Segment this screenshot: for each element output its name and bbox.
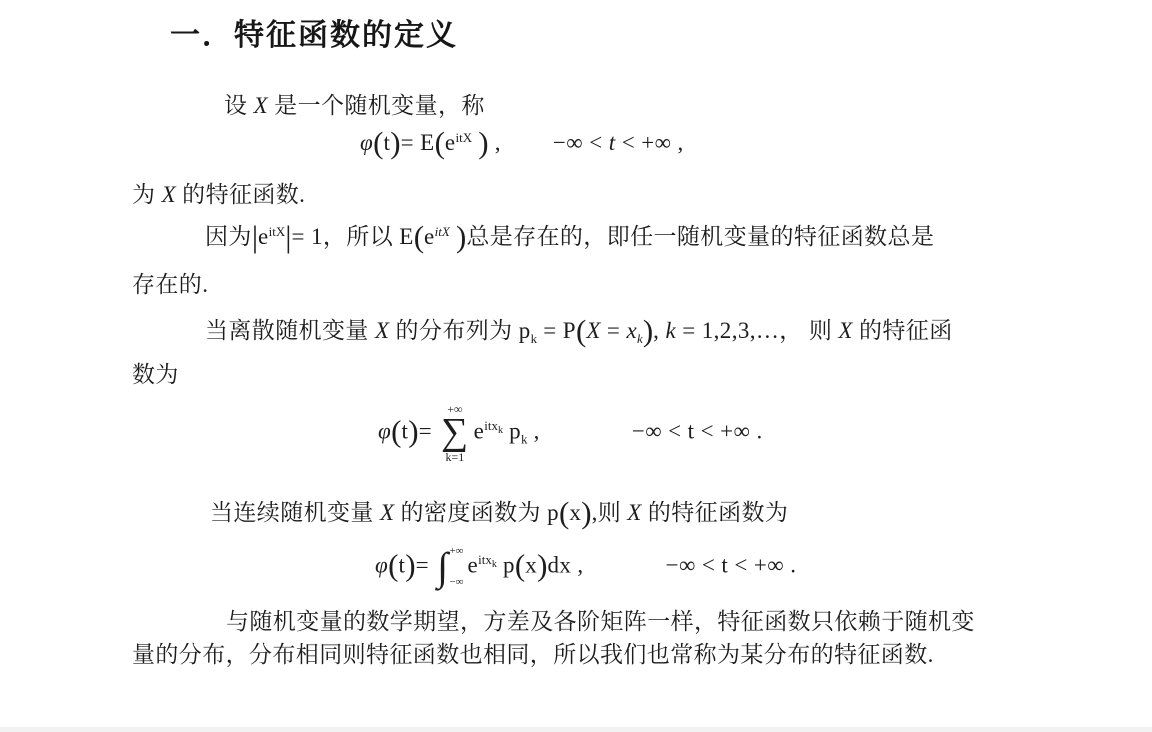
math-segment: itX [456, 130, 473, 145]
paragraph-distribution-2: 量的分布，分布相同则特征函数也相同，所以我们也常称为某分布的特征函数. [132, 639, 934, 670]
math-segment: φ [375, 552, 388, 577]
math-segment: < +∞ , [616, 130, 684, 155]
math-segment: ) [581, 495, 591, 530]
document-page: 一．特征函数的定义 设 X 是一个随机变量，称 φ(t)= E(eitX ) ,… [0, 0, 1152, 732]
math-segment: e [424, 224, 435, 249]
math-segment: e [468, 552, 479, 577]
math-segment: 因为 [205, 224, 252, 249]
math-segment: ) [408, 413, 418, 448]
math-segment: 当离散随机变量 [205, 318, 375, 343]
math-segment: X [380, 500, 394, 525]
math-segment: X [586, 318, 600, 343]
math-segment: , [528, 418, 540, 443]
math-segment: X [375, 318, 389, 343]
math-segment: ,则 [592, 500, 628, 525]
math-segment: 的特征函数. [176, 182, 305, 207]
math-segment: ( [388, 547, 398, 582]
math-segment: 数为 [132, 362, 179, 387]
math-segment: −∞ < [553, 130, 609, 155]
math-segment: x [525, 552, 537, 577]
formula-integral: φ(t)= ∫+∞−∞eitxk p(x)dx ,−∞ < t < +∞ . [375, 546, 796, 588]
math-segment: = E [401, 130, 435, 155]
formula-summation: φ(t)= +∞∑k=1eitxk pk ,−∞ < t < +∞ . [378, 403, 763, 463]
math-segment: = [601, 318, 627, 343]
paragraph-distribution-1: 与随机变量的数学期望，方差及各阶矩阵一样，特征函数只依赖于随机变 [226, 606, 975, 637]
math-segment: 的分布列为 p [389, 318, 530, 343]
math-segment: 总是存在的，即任一随机变量的特征函数总是 [466, 224, 934, 249]
math-segment: X [254, 93, 268, 118]
math-segment: −∞ < t < +∞ . [666, 552, 797, 577]
math-segment: 当连续随机变量 [210, 500, 380, 525]
math-segment: 与随机变量的数学期望，方差及各阶矩阵一样，特征函数只依赖于随机变 [226, 609, 975, 634]
math-segment: x [569, 500, 581, 525]
paragraph-discrete: 当离散随机变量 X 的分布列为 pk = P(X = xk), k = 1,2,… [205, 315, 953, 348]
math-segment: e [474, 418, 485, 443]
math-segment: X [162, 182, 176, 207]
math-segment: ) [405, 547, 415, 582]
math-segment: ( [414, 219, 424, 254]
math-segment: 为 [132, 182, 162, 207]
math-segment: −∞ < t < +∞ . [632, 418, 763, 443]
page-title: 一．特征函数的定义 [170, 16, 458, 57]
math-segment: e [258, 224, 269, 249]
paragraph-existence-close: 存在的. [132, 269, 208, 300]
math-segment: ( [515, 547, 525, 582]
math-segment: = [419, 418, 439, 443]
page-bottom-edge [0, 727, 1152, 732]
math-segment: ) [478, 125, 488, 160]
math-segment: X [838, 318, 852, 343]
math-segment: ) [537, 547, 547, 582]
math-segment: X [627, 500, 641, 525]
math-segment: t [609, 130, 616, 155]
math-segment: φ [378, 418, 391, 443]
math-segment: itxk [478, 552, 497, 567]
paragraph-continuous: 当连续随机变量 X 的密度函数为 p(x),则 X 的特征函数为 [210, 497, 788, 528]
summation-operator: +∞∑k=1 [441, 403, 469, 463]
math-segment: 存在的. [132, 272, 208, 297]
math-segment: 的密度函数为 p [394, 500, 559, 525]
math-segment: itX [435, 224, 450, 239]
math-segment: ( [576, 313, 586, 348]
math-segment: 设 [224, 93, 254, 118]
math-segment: itX [269, 224, 286, 239]
integral-operator: ∫+∞−∞ [437, 546, 463, 588]
paragraph-definition-close: 为 X 的特征函数. [132, 179, 305, 210]
math-segment: ( [559, 495, 569, 530]
math-segment: e [445, 130, 456, 155]
paragraph-existence: 因为|eitX|= 1，所以 E(eitX )总是存在的，即任一随机变量的特征函… [205, 221, 934, 252]
math-segment: ( [435, 125, 445, 160]
math-segment: 的特征函数为 [642, 500, 789, 525]
math-segment: p [503, 418, 521, 443]
math-segment: ) [390, 125, 400, 160]
math-segment: φ [360, 130, 373, 155]
math-segment: dx , [547, 552, 583, 577]
math-segment: = 1，所以 E [291, 224, 413, 249]
math-segment: = 1,2,3,…， 则 [676, 318, 838, 343]
paragraph-intro: 设 X 是一个随机变量，称 [224, 90, 485, 121]
math-segment: , [653, 318, 665, 343]
math-segment: ) [456, 219, 466, 254]
math-segment: 的特征函 [853, 318, 953, 343]
math-segment: 是一个随机变量，称 [268, 93, 485, 118]
math-segment: x [626, 318, 637, 343]
math-segment: ( [373, 125, 383, 160]
paragraph-discrete-close: 数为 [132, 359, 179, 390]
formula-expectation: φ(t)= E(eitX ) ,−∞ < t < +∞ , [360, 127, 684, 158]
math-segment: p [497, 552, 515, 577]
math-segment: = [416, 552, 436, 577]
math-segment: 量的分布，分布相同则特征函数也相同，所以我们也常称为某分布的特征函数. [132, 642, 934, 667]
math-segment: ) [643, 313, 653, 348]
math-segment: , [489, 130, 501, 155]
math-segment: itxk [484, 418, 503, 433]
math-segment: = P [537, 318, 576, 343]
math-segment: ( [391, 413, 401, 448]
math-segment: k [665, 318, 676, 343]
